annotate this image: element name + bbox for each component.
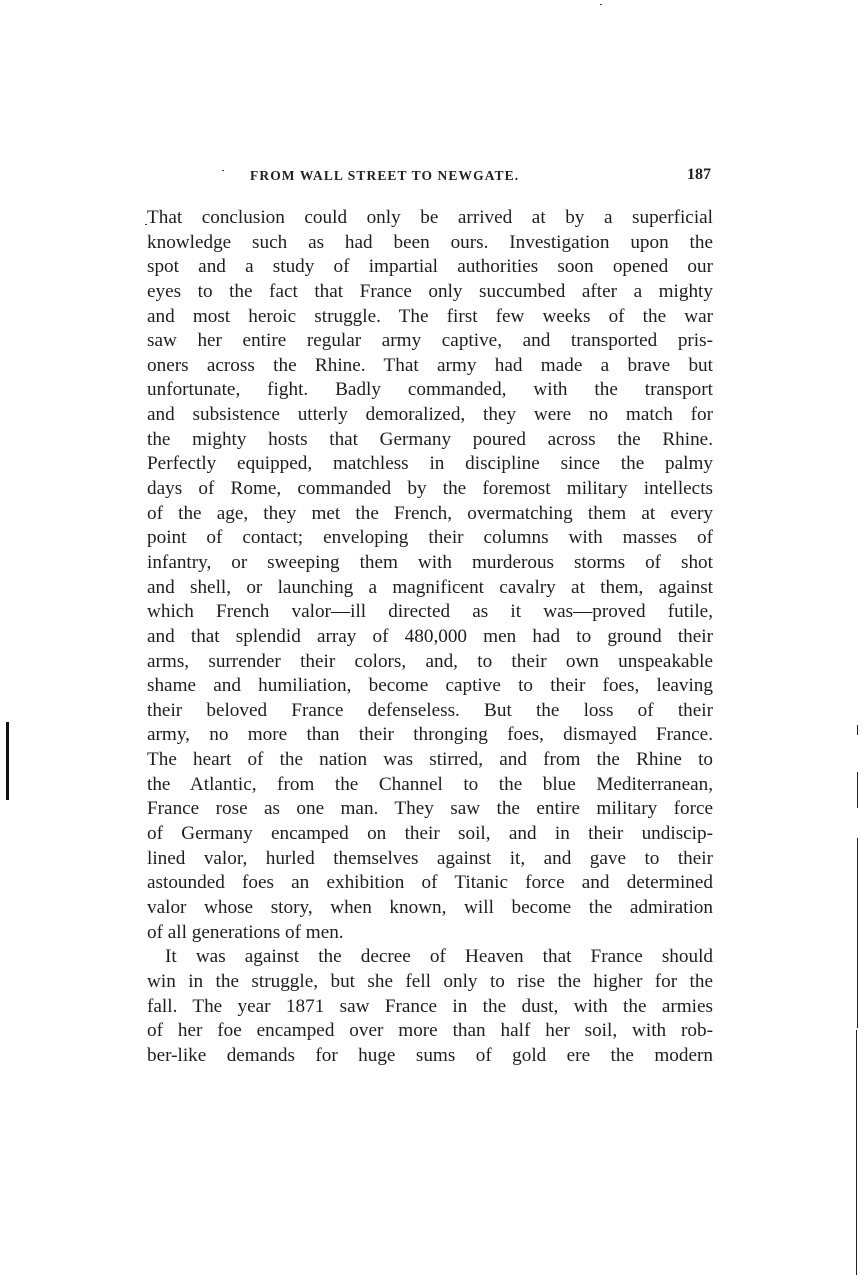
scan-speck	[600, 4, 602, 5]
text-line: saw her entire regular army captive, and…	[147, 329, 713, 354]
text-line: of her foe encamped over more than half …	[147, 1019, 713, 1044]
text-line: France rose as one man. They saw the ent…	[147, 797, 713, 822]
scan-edge-mark	[856, 1030, 857, 1275]
body-text: That conclusion could only be arrived at…	[147, 206, 713, 1068]
text-line: ber-like demands for huge sums of gold e…	[147, 1044, 713, 1069]
text-line: unfortunate, fight. Badly commanded, wit…	[147, 378, 713, 403]
text-line: of the age, they met the French, overmat…	[147, 502, 713, 527]
text-line: and subsistence utterly demoralized, the…	[147, 403, 713, 428]
scan-edge-mark	[857, 772, 858, 808]
text-line: infantry, or sweeping them with murderou…	[147, 551, 713, 576]
text-line: point of contact; enveloping their colum…	[147, 526, 713, 551]
text-line: of all generations of men.	[147, 921, 713, 946]
text-line: and most heroic struggle. The first few …	[147, 305, 713, 330]
text-line: oners across the Rhine. That army had ma…	[147, 354, 713, 379]
text-line: knowledge such as had been ours. Investi…	[147, 231, 713, 256]
text-line: Perfectly equipped, matchless in discipl…	[147, 452, 713, 477]
text-line: fall. The year 1871 saw France in the du…	[147, 995, 713, 1020]
text-line: the Atlantic, from the Channel to the bl…	[147, 773, 713, 798]
text-line: shame and humiliation, become captive to…	[147, 674, 713, 699]
text-line: astounded foes an exhibition of Titanic …	[147, 871, 713, 896]
page-number: 187	[687, 166, 711, 184]
scan-edge-mark	[857, 838, 858, 1028]
text-line: army, no more than their thronging foes,…	[147, 723, 713, 748]
scan-speck	[222, 170, 224, 171]
text-line: the mighty hosts that Germany poured acr…	[147, 428, 713, 453]
text-line: and that splendid array of 480,000 men h…	[147, 625, 713, 650]
text-line: valor whose story, when known, will beco…	[147, 896, 713, 921]
text-line: and shell, or launching a magnificent ca…	[147, 576, 713, 601]
text-line: days of Rome, commanded by the foremost …	[147, 477, 713, 502]
text-line: spot and a study of impartial authoritie…	[147, 255, 713, 280]
text-line: which French valor—ill directed as it wa…	[147, 600, 713, 625]
text-line: That conclusion could only be arrived at…	[147, 206, 713, 231]
running-head: FROM WALL STREET TO NEWGATE. 187	[147, 168, 713, 190]
scan-margin-mark	[6, 722, 9, 800]
text-line: eyes to the fact that France only succum…	[147, 280, 713, 305]
running-title: FROM WALL STREET TO NEWGATE.	[250, 168, 519, 184]
text-line: It was against the decree of Heaven that…	[147, 945, 713, 970]
scan-edge-mark	[857, 725, 858, 735]
text-line: arms, surrender their colors, and, to th…	[147, 650, 713, 675]
text-line: lined valor, hurled themselves against i…	[147, 847, 713, 872]
text-line: of Germany encamped on their soil, and i…	[147, 822, 713, 847]
text-line: their beloved France defenseless. But th…	[147, 699, 713, 724]
text-line: The heart of the nation was stirred, and…	[147, 748, 713, 773]
text-line: win in the struggle, but she fell only t…	[147, 970, 713, 995]
scanned-book-page: FROM WALL STREET TO NEWGATE. 187 That co…	[0, 0, 866, 1281]
scan-speck	[145, 224, 147, 225]
